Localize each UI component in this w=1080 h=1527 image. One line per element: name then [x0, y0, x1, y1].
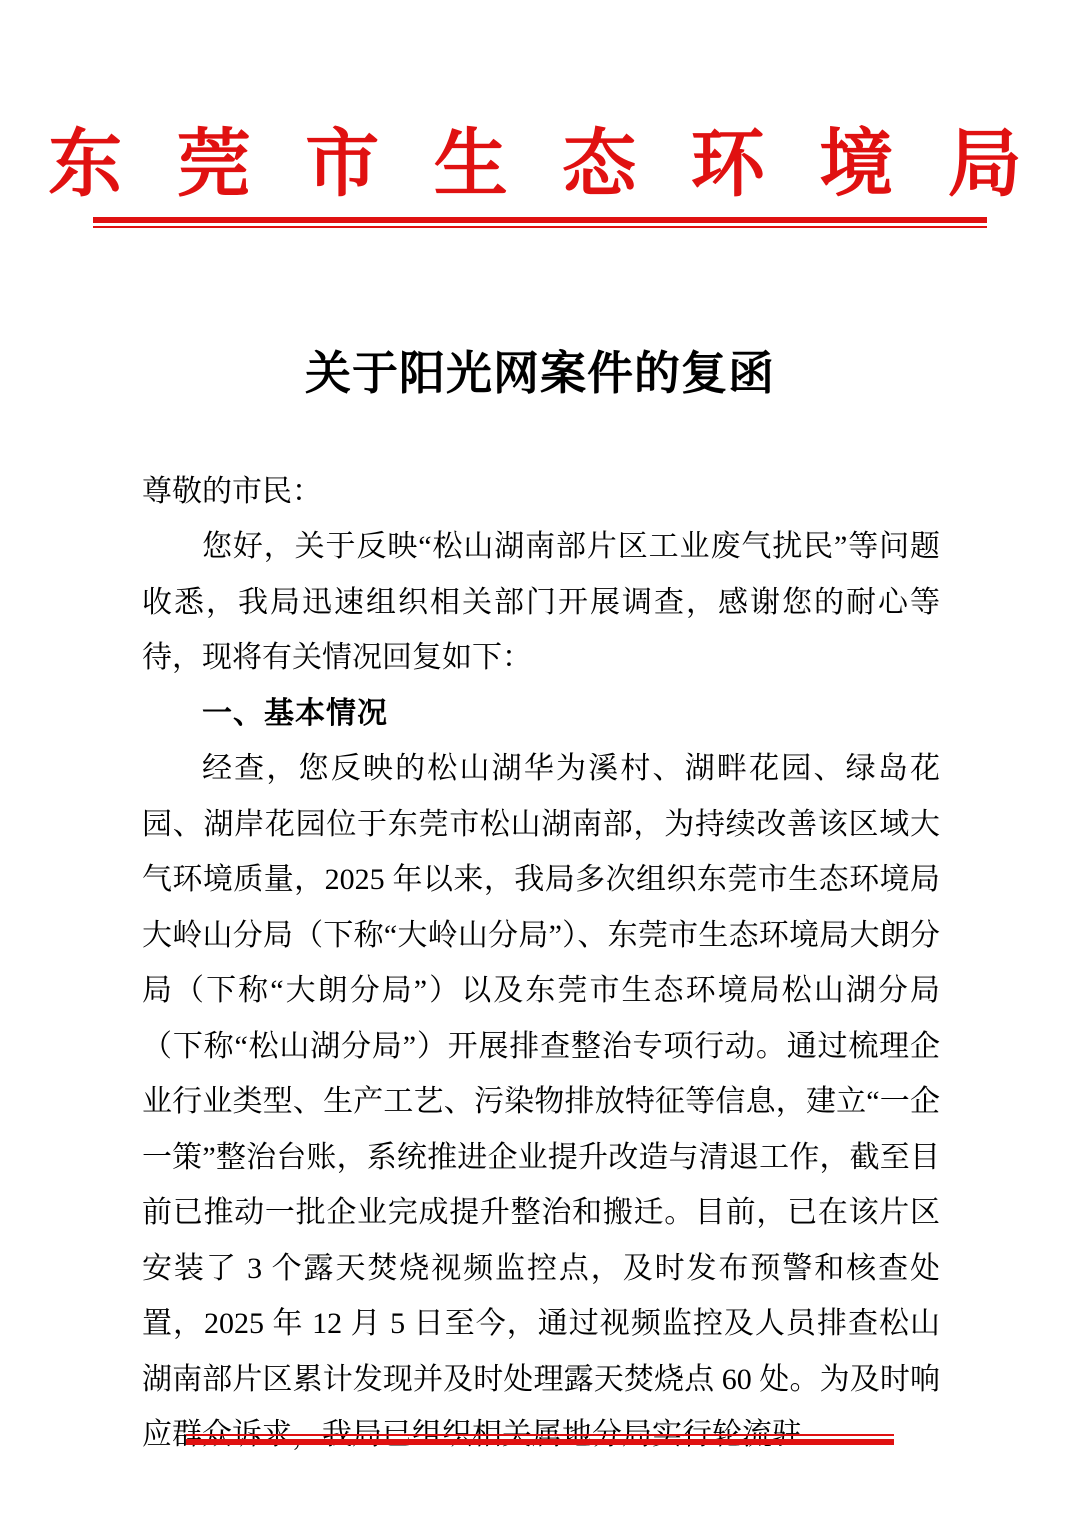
intro-paragraph: 您好，关于反映“松山湖南部片区工业废气扰民”等问题收悉，我局迅速组织相关部门开展… — [142, 519, 940, 686]
section-paragraph-basic-situation: 经查，您反映的松山湖华为溪村、湖畔花园、绿岛花园、湖岸花园位于东莞市松山湖南部，… — [142, 741, 940, 1463]
document-title: 关于阳光网案件的复函 — [0, 346, 1080, 401]
footer-thick-rule — [186, 1439, 894, 1445]
footer-divider — [186, 1434, 894, 1445]
salutation: 尊敬的市民： — [142, 464, 940, 520]
letterhead-divider — [93, 217, 987, 228]
section-heading-basic-situation: 一、基本情况 — [142, 686, 940, 742]
document-body: 尊敬的市民： 您好，关于反映“松山湖南部片区工业废气扰民”等问题收悉，我局迅速组… — [142, 464, 940, 1463]
document-page: 东 莞 市 生 态 环 境 局 关于阳光网案件的复函 尊敬的市民： 您好，关于反… — [0, 0, 1080, 1527]
letterhead: 东 莞 市 生 态 环 境 局 — [0, 0, 1080, 228]
letterhead-thin-rule — [93, 226, 987, 228]
agency-name: 东 莞 市 生 态 环 境 局 — [0, 126, 1080, 204]
